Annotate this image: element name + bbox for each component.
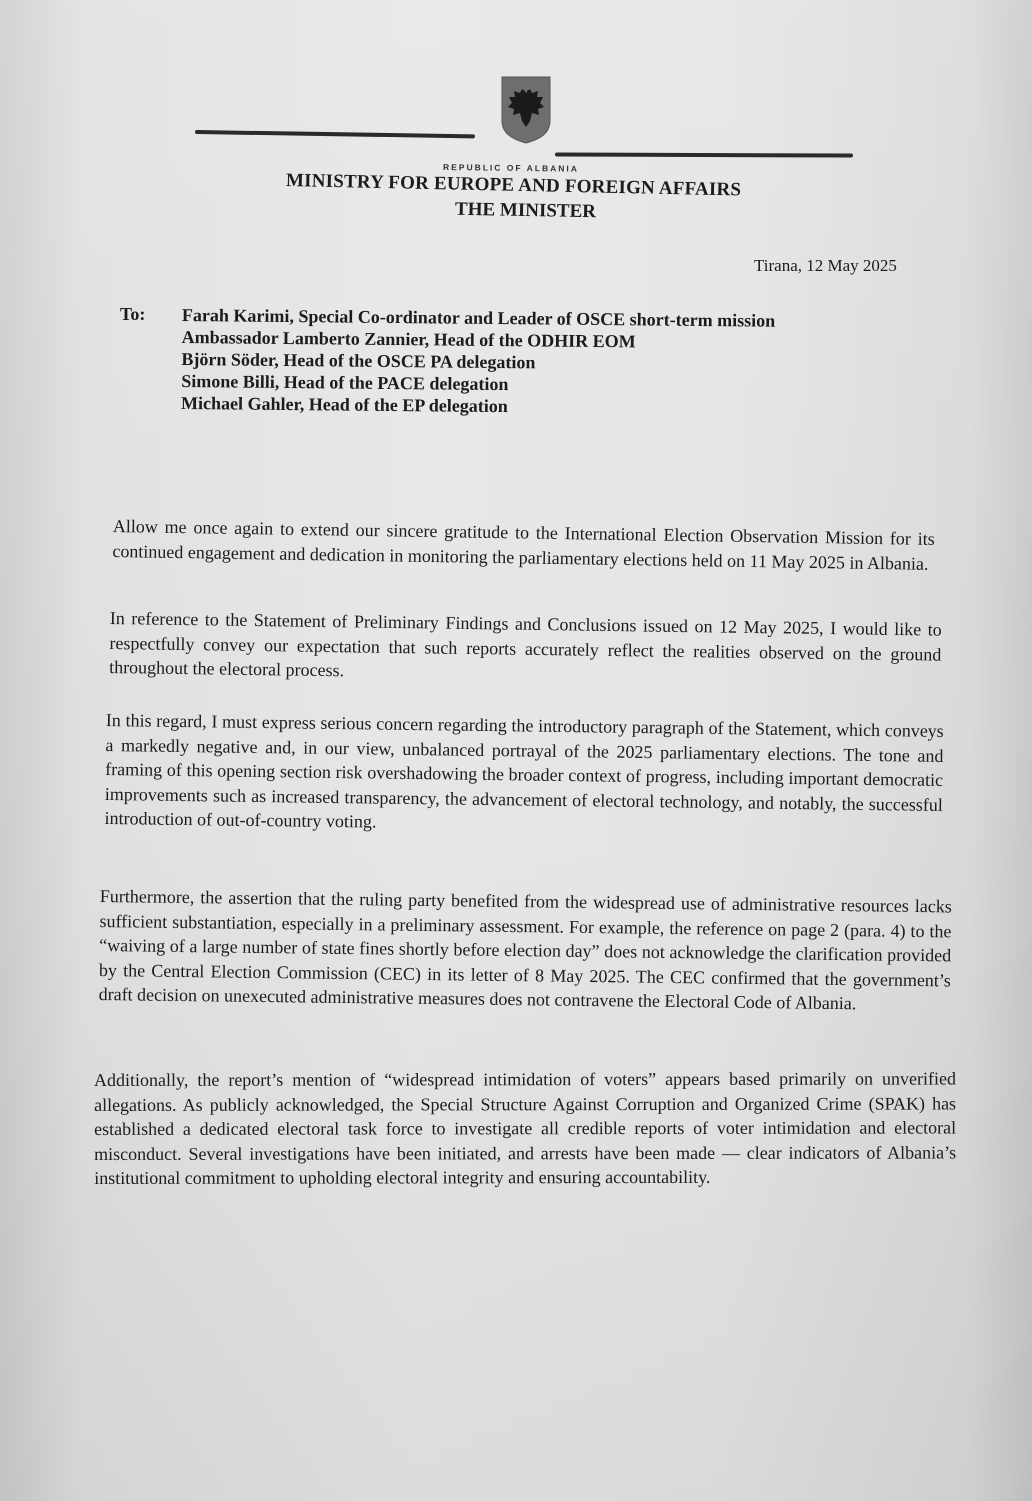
body-paragraph: Furthermore, the assertion that the ruli… bbox=[99, 884, 952, 1017]
date-line: Tirana, 12 May 2025 bbox=[754, 256, 897, 276]
recipients-label: To: bbox=[120, 304, 145, 325]
letterhead-rule-left bbox=[195, 130, 475, 138]
letterhead-rule-right bbox=[555, 152, 853, 157]
albanian-eagle-emblem-icon bbox=[500, 75, 552, 145]
office-title: THE MINISTER bbox=[455, 199, 596, 223]
recipient: Michael Gahler, Head of the EP delegatio… bbox=[181, 392, 775, 420]
body-paragraph: Additionally, the report’s mention of “w… bbox=[94, 1066, 956, 1190]
republic-label: REPUBLIC OF ALBANIA bbox=[443, 162, 603, 174]
body-paragraph: Allow me once again to extend our sincer… bbox=[112, 514, 935, 576]
body-paragraph: In this regard, I must express serious c… bbox=[104, 708, 944, 841]
body-paragraph: In reference to the Statement of Prelimi… bbox=[109, 606, 942, 691]
recipients-list: Farah Karimi, Special Co-ordinator and L… bbox=[181, 304, 775, 420]
ministry-name: MINISTRY FOR EUROPE AND FOREIGN AFFAIRS bbox=[286, 170, 742, 202]
